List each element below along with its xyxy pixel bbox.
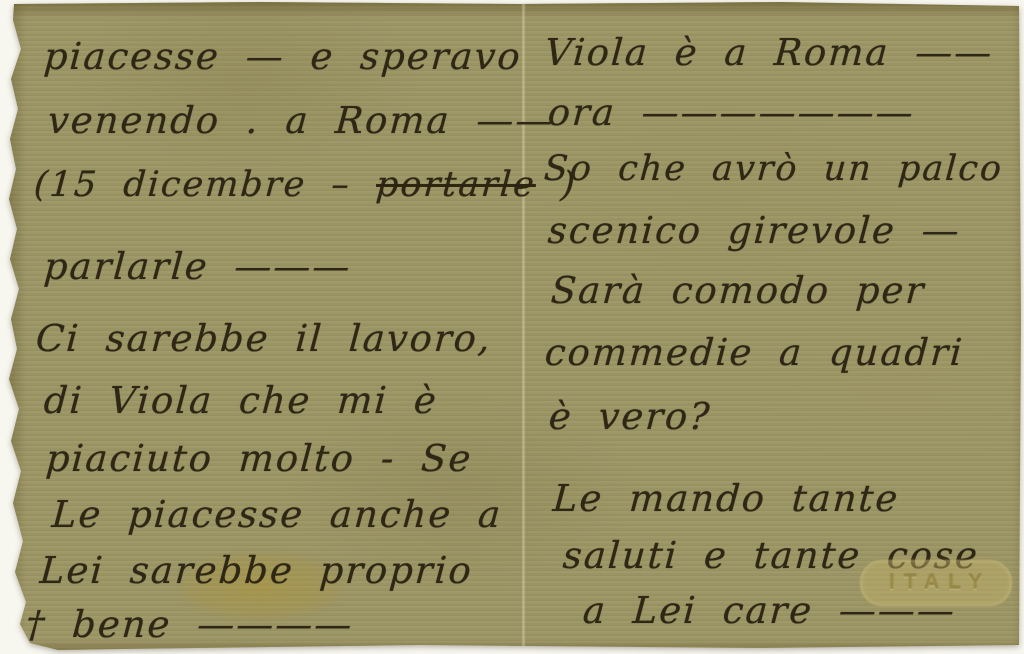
handwritten-line: (15 dicembre – portarle ) <box>33 168 578 203</box>
handwritten-line: venendo . a Roma —— <box>47 102 556 139</box>
line-text: Le piacesse anche a <box>50 493 503 536</box>
handwritten-line: Le mando tante <box>552 480 901 517</box>
handwritten-line: piacesse — e speravo <box>43 38 523 75</box>
paper-sheet-wrap: piacesse — e speravo venendo . a Roma ——… <box>0 0 1024 654</box>
paper-sheet: piacesse — e speravo venendo . a Roma ——… <box>0 0 1024 654</box>
line-text: è vero? <box>547 395 712 438</box>
line-text: di Viola che mi è <box>42 379 439 422</box>
handwritten-line: Viola è a Roma —— <box>544 34 995 71</box>
handwritten-line: † bene ———— <box>25 606 355 643</box>
line-text: parlarle ——— <box>42 245 353 288</box>
embossed-italy-stamp: ITALY <box>860 560 1012 606</box>
handwritten-line: So che avrò un palco <box>543 152 1005 187</box>
handwritten-line: piaciuto molto - Se <box>45 440 474 477</box>
line-text: scenico girevole — <box>546 209 962 252</box>
handwritten-line: ora ——————— <box>547 94 916 131</box>
stamp-text: ITALY <box>889 571 991 595</box>
line-text: piacesse — e speravo <box>42 35 523 78</box>
line-text: Le mando tante <box>551 477 900 520</box>
handwritten-line: Sarà comodo per <box>550 272 927 309</box>
line-text: Lei sarebbe proprio <box>38 549 474 592</box>
handwritten-line: scenico girevole — <box>547 212 962 249</box>
handwritten-line: parlarle ——— <box>43 248 353 285</box>
handwritten-line: commedie a quadri <box>544 334 965 371</box>
line-text: commedie a quadri <box>543 331 965 374</box>
line-text: ora ——————— <box>546 91 916 134</box>
line-text: † bene ———— <box>24 603 354 646</box>
line-text: Ci sarebbe il lavoro, <box>34 317 493 360</box>
struck-word: portarle <box>375 165 538 205</box>
handwritten-line: Lei sarebbe proprio <box>39 552 474 589</box>
line-text: Sarà comodo per <box>549 269 926 312</box>
handwritten-line: è vero? <box>548 398 713 435</box>
handwritten-line: Ci sarebbe il lavoro, <box>35 320 493 357</box>
line-text: piaciuto molto - Se <box>44 437 473 480</box>
handwritten-line: Le piacesse anche a <box>51 496 504 533</box>
handwritten-line: di Viola che mi è <box>43 382 439 419</box>
line-text: Viola è a Roma —— <box>543 31 994 74</box>
line-text: So che avrò un palco <box>543 149 1005 189</box>
letter-scan: piacesse — e speravo venendo . a Roma ——… <box>0 0 1024 654</box>
line-text: (15 dicembre – <box>33 165 378 205</box>
line-text: venendo . a Roma —— <box>46 99 555 142</box>
